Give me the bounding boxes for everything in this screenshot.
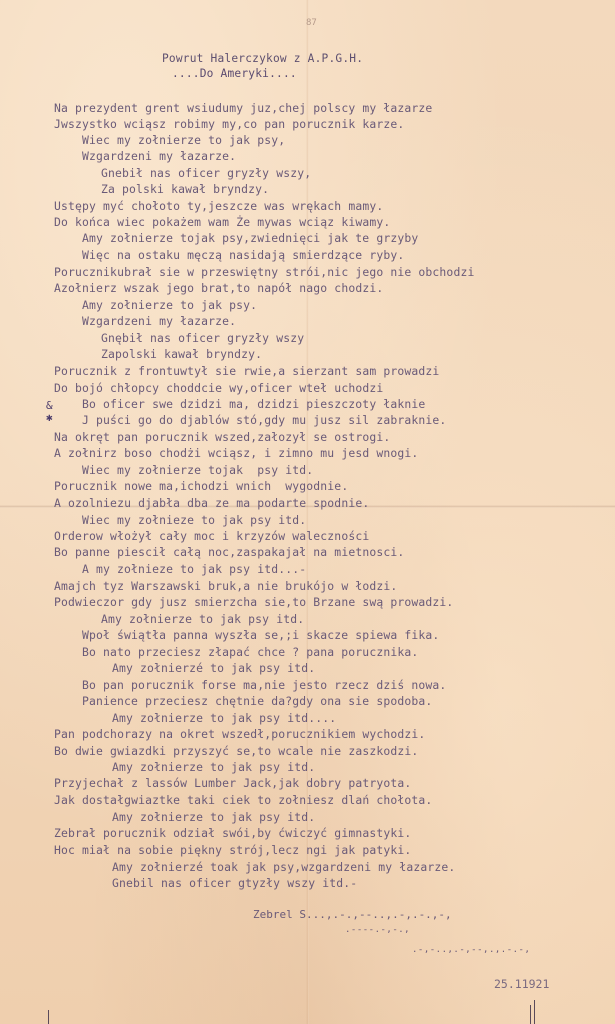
document-date: 25.11921 <box>494 977 549 991</box>
poem-line: Ustępy myć chołoto ty,jeszcze was wrękac… <box>54 199 383 213</box>
poem-line: Orderow włożył cały moc i krzyzów walecz… <box>54 529 369 543</box>
poem-line: Jak dostałgwiaztke taki ciek to zołniesz… <box>54 793 432 807</box>
poem-line: A zołnirz boso chodżi wciąsz, i zimno mu… <box>54 446 418 460</box>
poem-line: Panience przeciesz chętnie da?gdy ona si… <box>82 694 432 708</box>
document-title: Powrut Halerczykow z A.P.G.H. <box>162 52 363 65</box>
poem-line: Wiec my zołnierze to jak psy, <box>82 133 285 147</box>
morse-signature-line-1: .----.-,-., <box>345 925 410 935</box>
poem-line: Amy zołnierzé to jak psy itd. <box>112 661 315 675</box>
poem-line: Bo nato przeciesz złapać chce ? pana por… <box>82 645 418 659</box>
poem-line: Zebrał porucznik odział swói,by ćwiczyć … <box>54 826 411 840</box>
ink-scratch-mark <box>534 1000 535 1024</box>
poem-line: Jwszystko wciąsz robimy my,co pan porucz… <box>54 117 404 131</box>
ink-scratch-mark <box>48 1010 49 1024</box>
poem-line: Więc na ostaku męczą nasidają smierdzące… <box>82 248 404 262</box>
poem-line: Amajch tyz Warszawski bruk,a nie brukójo… <box>54 579 397 593</box>
poem-line: Wzgardzeni my łazarze. <box>82 149 236 163</box>
poem-line: Porucznik nowe ma,ichodzi wnich wygodnie… <box>54 479 348 493</box>
poem-line: Wzgardzeni my łazarze. <box>82 314 236 328</box>
morse-signature-line-2: .-,-..,.-,--,.,.-.-, <box>412 945 530 955</box>
poem-line: Do końca wiec pokażem wam Że mywas wciąz… <box>54 215 390 229</box>
poem-line: Amy zołnierze to jak psy itd. <box>112 810 315 824</box>
poem-line: Wpoł świątła panna wyszła se,;i skacze s… <box>82 628 439 642</box>
margin-ink-mark: ✱ <box>46 411 53 424</box>
poem-line: Amy zołnierze tojak psy,zwiednięci jak t… <box>82 231 418 245</box>
typewritten-letter-page: 87 Powrut Halerczykow z A.P.G.H. ....Do … <box>0 0 615 1024</box>
poem-line: Hoc miał na sobie piękny strój,lecz ngi … <box>54 843 411 857</box>
poem-line: Na okręt pan porucznik wszed,załozył se … <box>54 430 390 444</box>
poem-line: Bo oficer swe dzidzi ma, dzidzi pieszczo… <box>82 397 425 411</box>
poem-line: Gnebił nas oficer gryzły wszy, <box>101 166 311 180</box>
poem-line: Amy zołnierze to jak psy itd. <box>101 612 304 626</box>
poem-line: A ozolniezu djabła dba ze ma podarte spo… <box>54 496 369 510</box>
document-subtitle: ....Do Ameryki.... <box>172 67 297 80</box>
poem-line: Amy zołnierze to jak psy itd.... <box>112 711 336 725</box>
poem-line: Wiec my zołnierze tojak psy itd. <box>82 463 313 477</box>
poem-line: Porucznikubrał sie w przeswiętny strói,n… <box>54 265 474 279</box>
poem-line: Za polski kawał bryndzy. <box>101 182 269 196</box>
poem-line: Przyjechał z lassów Lumber Jack,jak dobr… <box>54 776 411 790</box>
signature-line: Zebrel S...,.-.,--..,.-,.-.,-, <box>253 908 452 921</box>
poem-line: Gnębił nas oficer gryzły wszy <box>101 331 304 345</box>
poem-line: Amy zołnierze to jak psy itd. <box>112 760 315 774</box>
poem-line: Amy zołnierze to jak psy. <box>82 298 257 312</box>
poem-line: Gnebil nas oficer gtyzły wszy itd.- <box>112 876 357 890</box>
poem-line: Amy zołnierzé toak jak psy,wzgardzeni my… <box>112 860 455 874</box>
poem-line: Bo pan porucznik forse ma,nie jesto rzec… <box>82 678 446 692</box>
poem-line: A my zołnieze to jak psy itd...- <box>82 562 306 576</box>
poem-line: Do bojó chłopcy choddcie wy,oficer wteł … <box>54 381 383 395</box>
poem-line: Azołnierz wszak jego brat,to napół nago … <box>54 281 383 295</box>
poem-line: Bo dwie gwiazdki przyszyć se,to wcale ni… <box>54 744 418 758</box>
poem-line: J puści go do djablów stó,gdy mu jusz si… <box>82 413 446 427</box>
ink-scratch-mark <box>530 1005 531 1024</box>
poem-line: Porucznik z frontuwtył sie rwie,a sierza… <box>54 364 439 378</box>
poem-line: Zapolski kawał bryndzy. <box>101 347 262 361</box>
poem-line: Wiec my zołnieze to jak psy itd. <box>82 513 306 527</box>
poem-line: Podwieczor gdy jusz smierzcha sie,to Brz… <box>54 595 453 609</box>
poem-line: Bo panne piescił całą noc,zaspakajał na … <box>54 545 404 559</box>
poem-line: Na prezydent grent wsiudumy juz,chej pol… <box>54 101 432 115</box>
poem-line: Pan podchorazy na okret wszedł,porucznik… <box>54 727 425 741</box>
corner-pencil-mark: 87 <box>306 18 317 28</box>
